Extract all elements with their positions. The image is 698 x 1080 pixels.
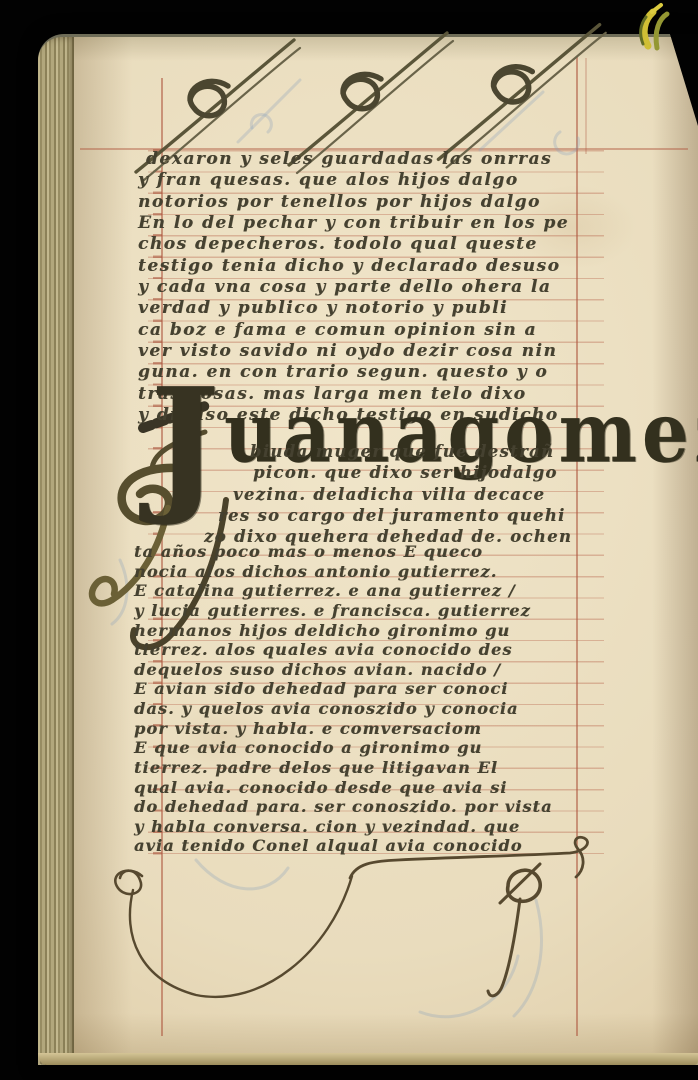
text-line: hermanos hijos deldicho gironimo gu bbox=[134, 621, 604, 641]
text-line: do dehedad para. ser conoszido. por vist… bbox=[134, 797, 604, 817]
text-line: testigo tenia dicho y declarado desuso bbox=[138, 256, 606, 277]
text-line: tierrez. padre delos que litigavan El bbox=[134, 758, 604, 778]
text-line: verdad y publico y notorio y publi bbox=[138, 298, 606, 319]
text-line: res so cargo del juramento quehi bbox=[196, 505, 600, 526]
text-line: y cada vna cosa y parte dello ohera la bbox=[138, 277, 606, 298]
margin-line-right-secondary bbox=[585, 58, 587, 154]
text-block-lower: ta años poco mas o menos E queco nocia a… bbox=[134, 542, 604, 856]
page-edges bbox=[38, 37, 78, 1065]
text-line: biuda muger que fue destrañ bbox=[196, 441, 600, 462]
text-line: das. y quelos avia conoszido y conocia bbox=[134, 699, 604, 719]
text-line: tierrez. alos quales avia conocido des bbox=[134, 640, 604, 660]
text-line: vezina. deladicha villa decace bbox=[196, 484, 600, 505]
text-line: E avian sido dehedad para ser conoci bbox=[134, 679, 604, 699]
text-line: E catalina gutierrez. e ana gutierrez / bbox=[134, 581, 604, 601]
text-line: y habla conversa. cion y vezindad. que bbox=[134, 817, 604, 837]
text-line: qual avia. conocido desde que avia si bbox=[134, 778, 604, 798]
text-line: por vista. y habla. e comversaciom bbox=[134, 719, 604, 739]
page-bottom-edge bbox=[38, 1053, 698, 1065]
text-line: y lucia gutierres. e francisca. gutierre… bbox=[134, 601, 604, 621]
text-block-heading-sublines: biuda muger que fue destrañ picon. que d… bbox=[196, 441, 600, 547]
text-line: dexaron y seles guardadas las onrras bbox=[138, 149, 606, 170]
text-line: y fran quesas. que alos hijos dalgo bbox=[138, 170, 606, 191]
text-line: En lo del pechar y con tribuir en los pe bbox=[138, 213, 606, 234]
text-line: E que avia conocido a gironimo gu bbox=[134, 738, 604, 758]
text-line: picon. que dixo ser hijodalgo bbox=[196, 462, 600, 483]
text-line: nocia alos dichos antonio gutierrez. bbox=[134, 562, 604, 582]
text-line: chos depecheros. todolo qual queste bbox=[138, 234, 606, 255]
photo-background: dexaron y seles guardadas las onrras y f… bbox=[0, 0, 698, 1080]
text-line: ta años poco mas o menos E queco bbox=[134, 542, 604, 562]
text-line: dequelos suso dichos avian. nacido / bbox=[134, 660, 604, 680]
text-line: ca boz e fama e comun opinion sin a bbox=[138, 320, 606, 341]
text-line: avia tenido Conel alqual avia conocido bbox=[134, 836, 604, 856]
text-line: notorios por tenellos por hijos dalgo bbox=[138, 192, 606, 213]
